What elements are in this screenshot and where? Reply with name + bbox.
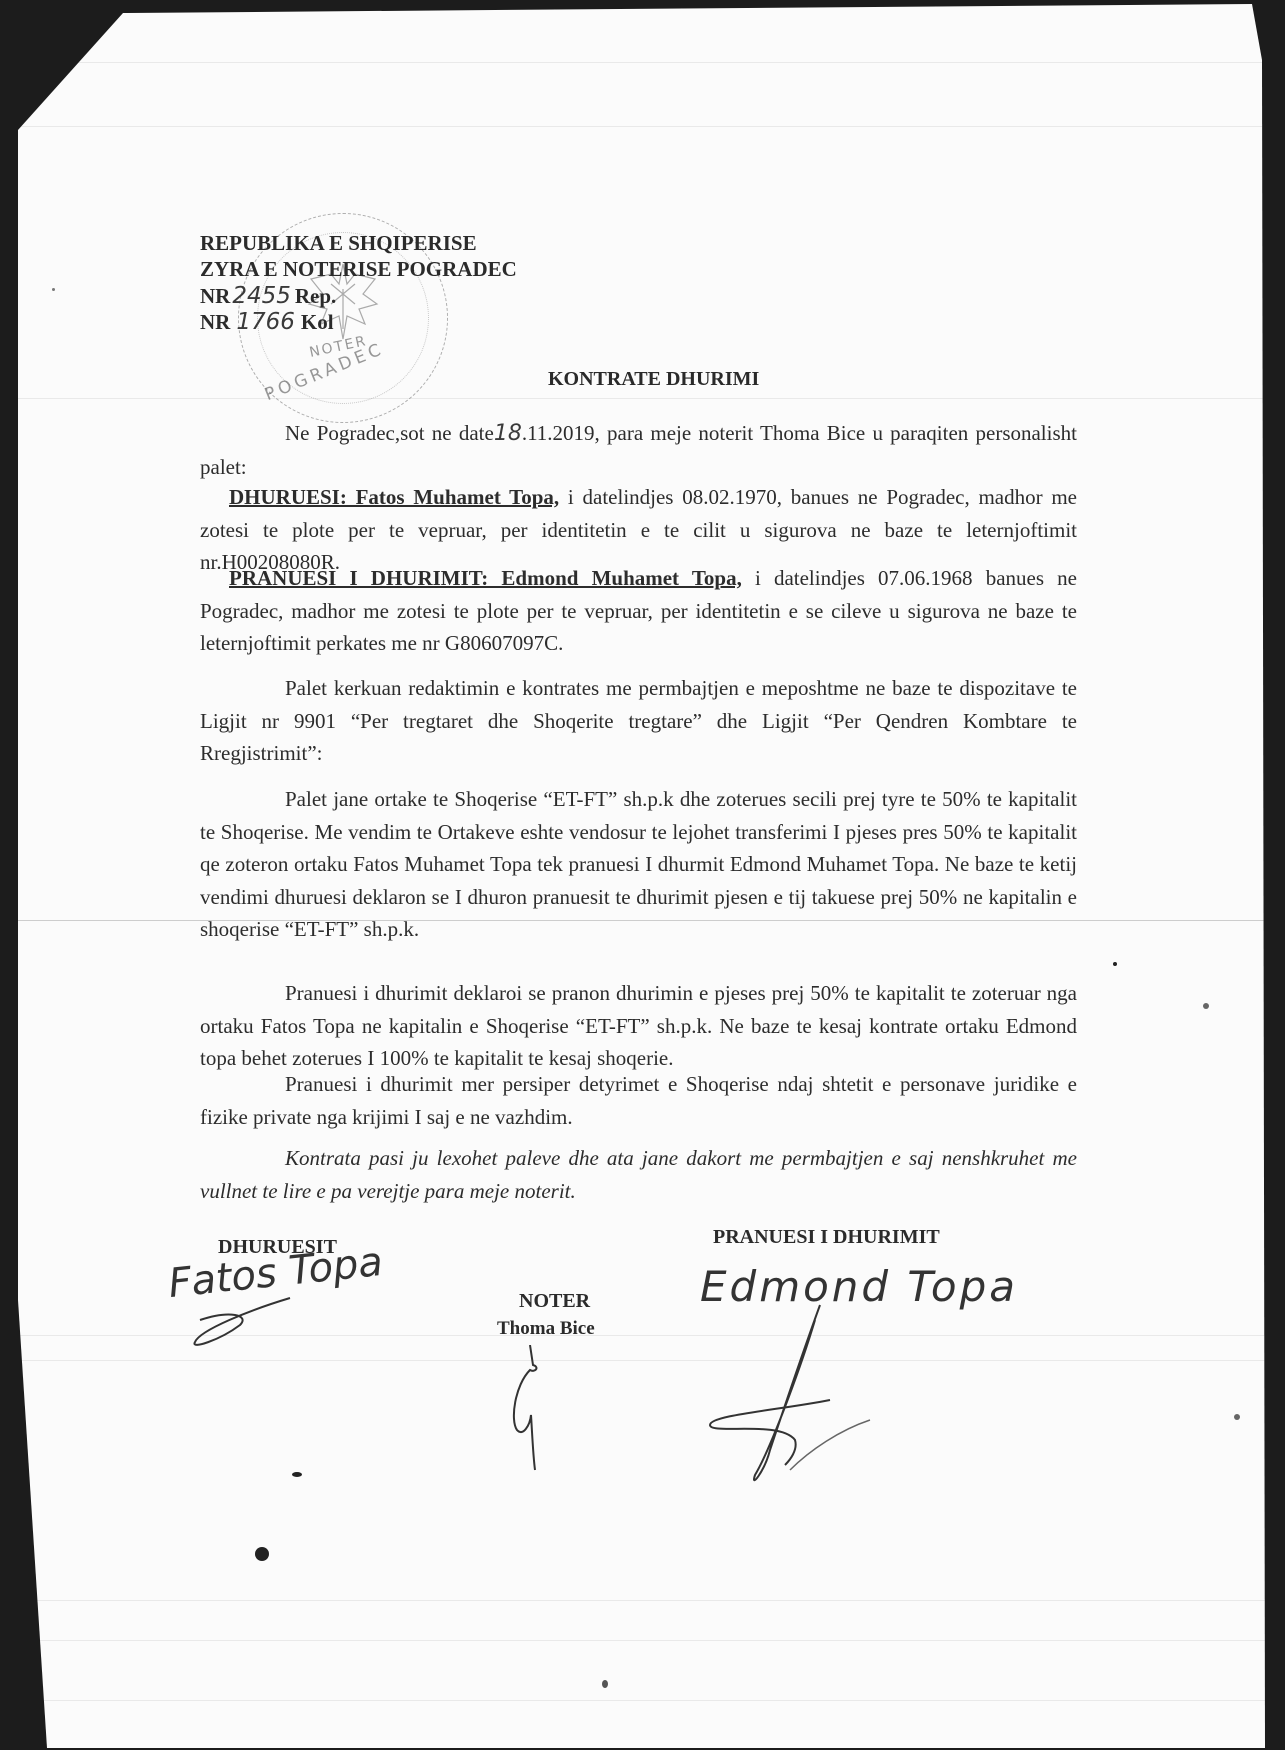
paragraph-obligations: Pranuesi i dhurimit mer persiper detyrim… bbox=[200, 1068, 1077, 1133]
recipient-signature-icon bbox=[670, 1300, 890, 1490]
notary-name: Thoma Bice bbox=[497, 1318, 595, 1340]
recipient-signature-label: PRANUESI I DHURIMIT bbox=[713, 1226, 940, 1249]
donor-signature-icon bbox=[180, 1290, 310, 1350]
date-day-handwritten: 18 bbox=[494, 421, 522, 446]
header-office: ZYRA E NOTERISE POGRADEC bbox=[200, 256, 517, 282]
scan-speck bbox=[1234, 1414, 1240, 1420]
kol-number-handwritten: 1766 bbox=[236, 309, 295, 335]
intro-paragraph: Ne Pogradec,sot ne date18.11.2019, para … bbox=[200, 417, 1077, 483]
paragraph-closing: Kontrata pasi ju lexohet paleve dhe ata … bbox=[200, 1142, 1077, 1207]
document-title: KONTRATE DHURIMI bbox=[548, 368, 759, 391]
header-kol-number: NR1766Kol bbox=[200, 309, 334, 335]
donor-label: DHURUESI: Fatos Muhamet Topa, bbox=[229, 485, 559, 509]
paragraph-acceptance: Pranuesi i dhurimit deklaroi se pranon d… bbox=[200, 977, 1077, 1075]
scan-speck bbox=[602, 1680, 608, 1688]
recipient-paragraph: PRANUESI I DHURIMIT: Edmond Muhamet Topa… bbox=[200, 562, 1077, 660]
paragraph-legal-basis: Palet kerkuan redaktimin e kontrates me … bbox=[200, 672, 1077, 770]
header-republic: REPUBLIKA E SHQIPERISE bbox=[200, 230, 477, 256]
scan-speck bbox=[1113, 962, 1117, 966]
notary-label: NOTER bbox=[519, 1290, 590, 1313]
rep-number-handwritten: 2455 bbox=[232, 283, 291, 309]
scan-speck bbox=[255, 1547, 269, 1561]
notary-signature-icon bbox=[505, 1345, 565, 1475]
scan-speck bbox=[292, 1472, 302, 1477]
paragraph-share-transfer: Palet jane ortake te Shoqerise “ET-FT” s… bbox=[200, 783, 1077, 946]
scan-speck bbox=[52, 288, 55, 291]
scanned-page: NOTER POGRADEC REPUBLIKA E SHQIPERISE ZY… bbox=[0, 0, 1285, 1750]
scan-speck bbox=[1203, 1003, 1209, 1009]
recipient-label: PRANUESI I DHURIMIT: Edmond Muhamet Topa… bbox=[229, 566, 742, 590]
header-rep-number: NR2455Rep. bbox=[200, 283, 336, 309]
